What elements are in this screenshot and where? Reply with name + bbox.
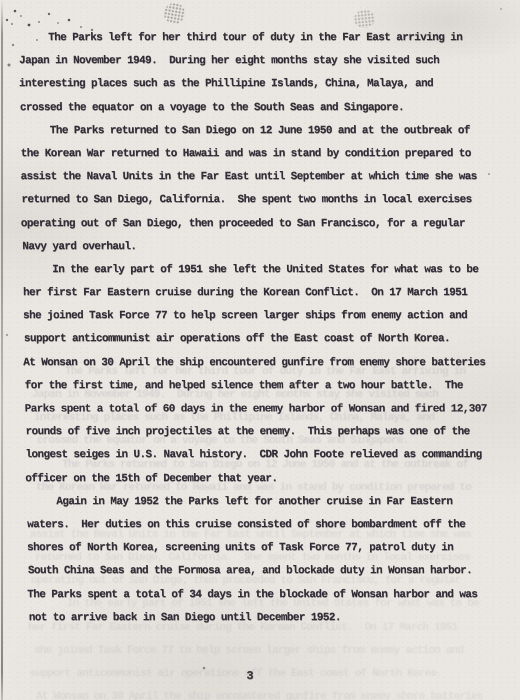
paragraph: The Parks left for her third tour of dut… xyxy=(18,27,516,120)
scan-edge-line xyxy=(1,0,3,700)
paragraph: Again in May 1952 the Parks left for ano… xyxy=(26,491,520,630)
typed-text: The Parks left for her third tour of dut… xyxy=(18,27,520,630)
ink-speckles xyxy=(0,0,2,2)
typed-line: interesting places such as the Phillipin… xyxy=(19,73,515,96)
typed-line: Again in May 1952 the Parks left for ano… xyxy=(26,491,520,514)
typed-line: her first Far Eastern cruise during the … xyxy=(23,282,519,305)
typed-line: The Parks spent a total of 34 days in th… xyxy=(27,584,520,607)
page-number: 3 xyxy=(240,669,260,683)
typed-line: crossed the equator on a voyage to the S… xyxy=(20,97,516,120)
typed-line: longest seiges in U.S. Naval history. CD… xyxy=(25,444,520,467)
scanned-document-page: The Parks left for her third tour of dut… xyxy=(0,0,520,700)
typed-line: At Wonsan on 30 April the ship encounter… xyxy=(23,352,519,375)
typed-line: The Parks left for her third tour of dut… xyxy=(18,27,514,50)
typed-line: she joined Task Force 77 to help screen … xyxy=(23,305,519,328)
typed-line: In the early part of 1951 she left the U… xyxy=(22,259,518,282)
typed-line: support anticommunist air operations off… xyxy=(24,328,520,351)
typed-line: Navy yard overhaul. xyxy=(22,236,518,259)
bleed-through-line: support anticommunist air operations off… xyxy=(30,668,510,680)
typed-line: operating out of San Diego, then proceed… xyxy=(21,213,517,236)
typed-line: The Parks returned to San Diego on 12 Ju… xyxy=(20,120,516,143)
typed-line: for the first time, and helped silence t… xyxy=(25,375,520,398)
halftone-smudge xyxy=(162,1,186,25)
typed-line: shores of North Korea, screening units o… xyxy=(27,537,520,560)
typed-line: Japan in November 1949. During her eight… xyxy=(19,50,515,73)
typed-line: Parks spent a total of 60 days in the en… xyxy=(24,398,520,421)
typed-line: returned to San Diego, California. She s… xyxy=(21,189,517,212)
typed-line: officer on the 15th of December that yea… xyxy=(25,468,520,491)
bleed-through-line: she joined Task Force 77 to help screen … xyxy=(34,645,514,657)
typed-line: waters. Her duties on this cruise consis… xyxy=(27,514,520,537)
typed-line: South China Seas and the Formosa area, a… xyxy=(28,560,520,583)
typed-line: rounds of five inch projectiles at the e… xyxy=(25,421,520,444)
bleed-through-line: At Wonsan on 30 April the ship encounter… xyxy=(36,691,516,700)
typed-line: the Korean War returned to Hawaii and wa… xyxy=(21,143,517,166)
paragraph: The Parks returned to San Diego on 12 Ju… xyxy=(20,120,518,259)
typed-line: assist the Naval Units in the Far East u… xyxy=(20,166,516,189)
typed-line: not to arrive back in San Diego until De… xyxy=(29,607,520,630)
paragraph: In the early part of 1951 she left the U… xyxy=(22,259,520,491)
